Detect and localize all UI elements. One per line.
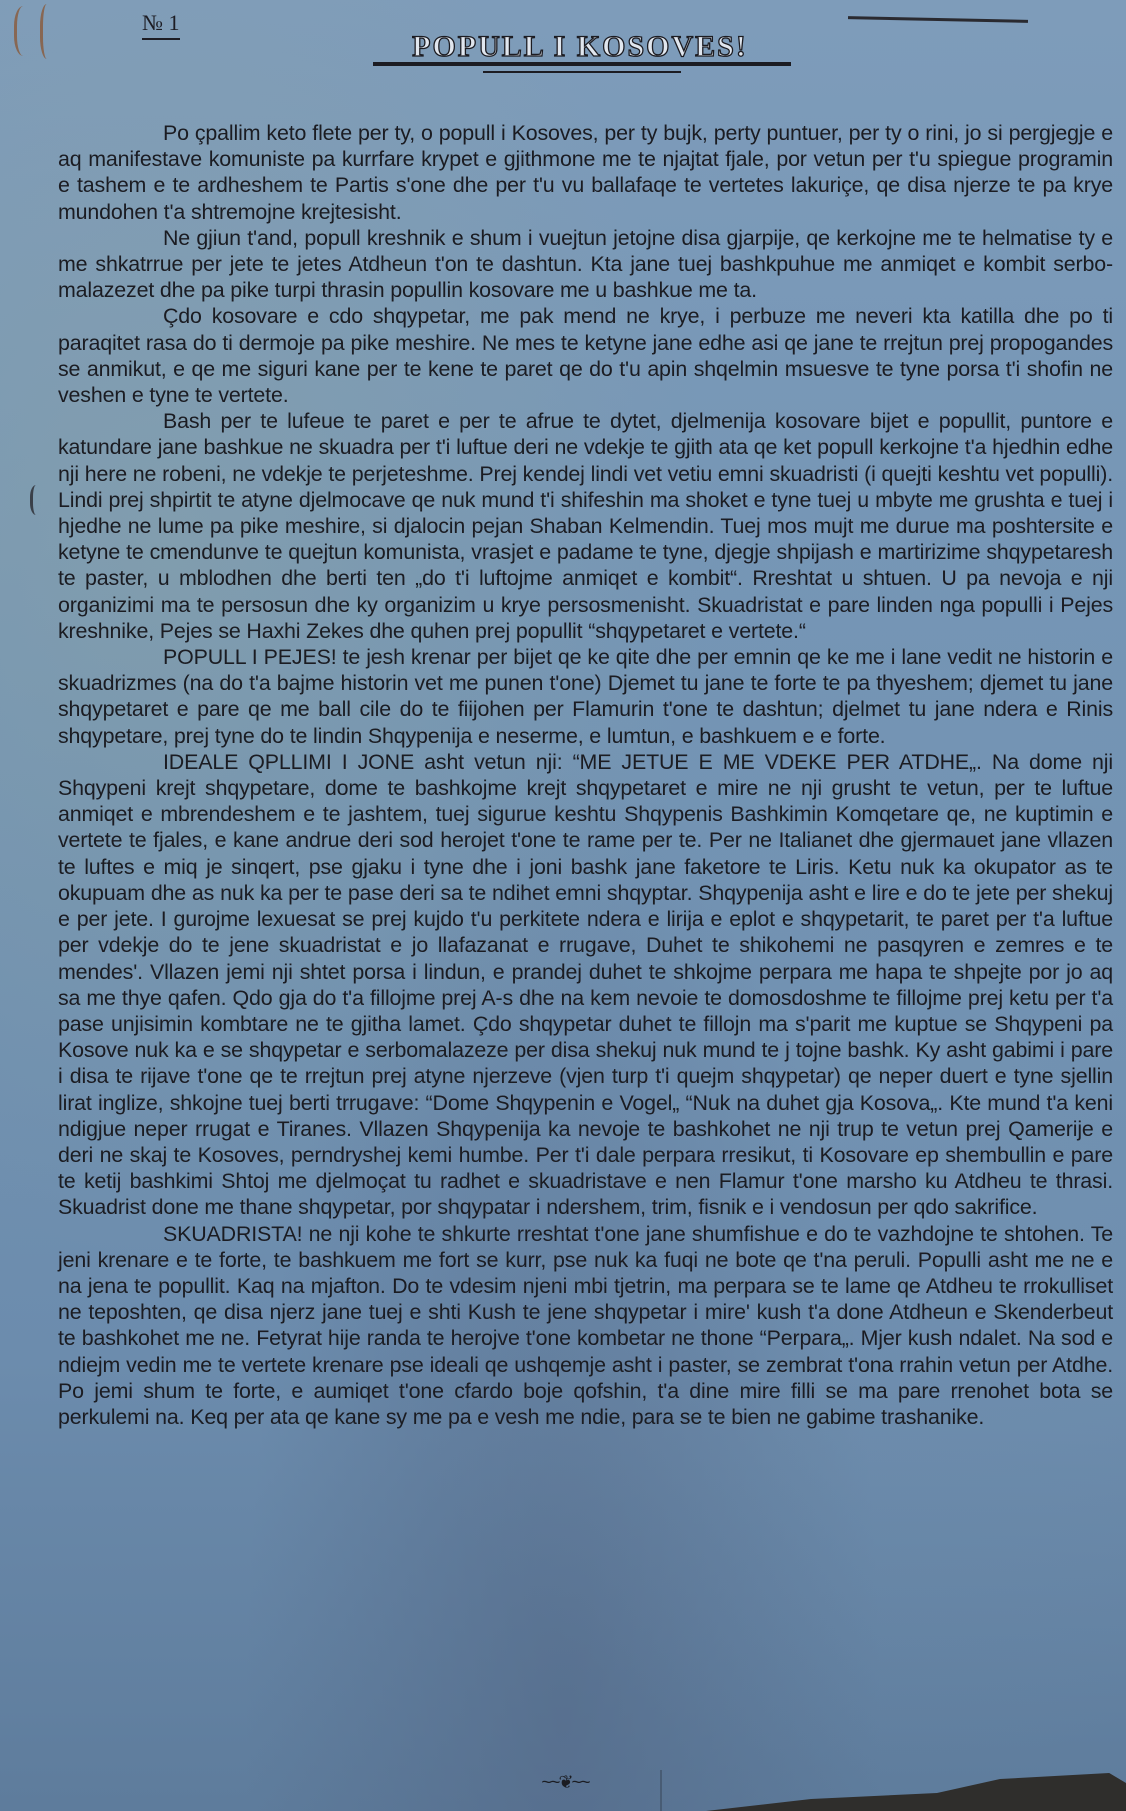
title-underline-short [483,71,681,73]
paragraph-3: Çdo kosovare e cdo shqypetar, me pak men… [58,303,1113,408]
page-title: POPULL I KOSOVES! [370,30,790,64]
paragraph-2: Ne gjiun t'and, popull kreshnik e shum i… [58,225,1113,304]
handwritten-bracket-mark [30,485,45,515]
paragraph-5: POPULL I PEJES! te jesh krenar per bijet… [58,644,1113,749]
paragraph-6: IDEALE QPLLIMI I JONE asht vetun nji: “M… [58,749,1113,1221]
paper-fold [660,1770,662,1811]
handwritten-mark [14,6,37,56]
paragraph-4: Bash per te lufeue te paret e per te afr… [58,408,1113,644]
handwritten-mark [40,4,57,59]
issue-number: № 1 [142,10,180,40]
paragraph-7: SKUADRISTA! ne nji kohe te shkurte rresh… [58,1221,1113,1431]
paragraph-1: Po çpallim keto flete per ty, o popull i… [58,120,1113,225]
ornament-flourish-icon: ~~❦~~ [520,1772,610,1793]
article-body: Po çpallim keto flete per ty, o popull i… [58,120,1113,1430]
title-underline [373,62,791,66]
